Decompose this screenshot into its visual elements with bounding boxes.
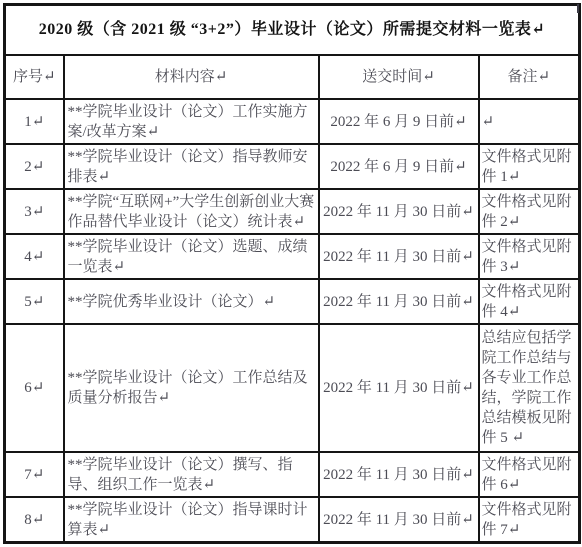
remark-cell: 文件格式见附件 7↵ <box>479 497 580 543</box>
content-cell: **学院毕业设计（论文）指导课时计算表↵ <box>64 497 319 543</box>
header-no: 序号↵ <box>5 55 64 99</box>
table-row: 1↵ **学院毕业设计（论文）工作实施方案/改革方案↵ 2022 年 6 月 9… <box>5 99 580 144</box>
row-number-cell: 5↵ <box>5 279 64 324</box>
remark-cell: 文件格式见附件 2↵ <box>479 189 580 234</box>
remark-cell: ↵ <box>479 99 580 144</box>
content-cell: **学院“互联网+”大学生创新创业大赛作品替代毕业设计（论文）统计表↵ <box>64 189 319 234</box>
content-cell: **学院毕业设计（论文）指导教师安排表↵ <box>64 144 319 189</box>
time-cell: 2022 年 11 月 30 日前↵ <box>319 324 479 452</box>
remark-cell: 文件格式见附件 3↵ <box>479 234 580 279</box>
header-remark: 备注↵ <box>479 55 580 99</box>
row-number-cell: 1↵ <box>5 99 64 144</box>
remark-cell: 总结应包括学院工作总结与各专业工作总结，学院工作总结模板见附件 5 ↵ <box>479 324 580 452</box>
table-row: 4↵ **学院毕业设计（论文）选题、成绩一览表↵ 2022 年 11 月 30 … <box>5 234 580 279</box>
time-cell: 2022 年 11 月 30 日前↵ <box>319 189 479 234</box>
title-row: 2020 级（含 2021 级 “3+2”）毕业设计（论文）所需提交材料一览表↵ <box>5 5 580 56</box>
table-row: 5↵ **学院优秀毕业设计（论文）↵ 2022 年 11 月 30 日前↵ 文件… <box>5 279 580 324</box>
time-cell: 2022 年 6 月 9 日前↵ <box>319 99 479 144</box>
table-row: 2↵ **学院毕业设计（论文）指导教师安排表↵ 2022 年 6 月 9 日前↵… <box>5 144 580 189</box>
time-cell: 2022 年 11 月 30 日前↵ <box>319 497 479 543</box>
row-number-cell: 8↵ <box>5 497 64 543</box>
scan-artifact-mark <box>577 4 579 13</box>
table-row: 3↵ **学院“互联网+”大学生创新创业大赛作品替代毕业设计（论文）统计表↵ 2… <box>5 189 580 234</box>
content-cell: **学院毕业设计（论文）选题、成绩一览表↵ <box>64 234 319 279</box>
table-title: 2020 级（含 2021 级 “3+2”）毕业设计（论文）所需提交材料一览表↵ <box>5 5 580 56</box>
row-number-cell: 6↵ <box>5 324 64 452</box>
materials-table: 2020 级（含 2021 级 “3+2”）毕业设计（论文）所需提交材料一览表↵… <box>3 3 581 544</box>
header-time: 送交时间↵ <box>319 55 479 99</box>
row-number-cell: 2↵ <box>5 144 64 189</box>
row-number-cell: 3↵ <box>5 189 64 234</box>
header-row: 序号↵ 材料内容↵ 送交时间↵ 备注↵ <box>5 55 580 99</box>
content-cell: **学院毕业设计（论文）工作实施方案/改革方案↵ <box>64 99 319 144</box>
time-cell: 2022 年 6 月 9 日前↵ <box>319 144 479 189</box>
time-cell: 2022 年 11 月 30 日前↵ <box>319 452 479 497</box>
content-cell: **学院优秀毕业设计（论文）↵ <box>64 279 319 324</box>
table-row: 6↵ **学院毕业设计（论文）工作总结及质量分析报告↵ 2022 年 11 月 … <box>5 324 580 452</box>
content-cell: **学院毕业设计（论文）工作总结及质量分析报告↵ <box>64 324 319 452</box>
remark-cell: 文件格式见附件 1↵ <box>479 144 580 189</box>
row-number-cell: 7↵ <box>5 452 64 497</box>
header-content: 材料内容↵ <box>64 55 319 99</box>
table-row: 8↵ **学院毕业设计（论文）指导课时计算表↵ 2022 年 11 月 30 日… <box>5 497 580 543</box>
row-number-cell: 4↵ <box>5 234 64 279</box>
remark-cell: 文件格式见附件 4↵ <box>479 279 580 324</box>
content-cell: **学院毕业设计（论文）撰写、指导、组织工作一览表↵ <box>64 452 319 497</box>
remark-cell: 文件格式见附件 6↵ <box>479 452 580 497</box>
time-cell: 2022 年 11 月 30 日前↵ <box>319 234 479 279</box>
time-cell: 2022 年 11 月 30 日前↵ <box>319 279 479 324</box>
table-row: 7↵ **学院毕业设计（论文）撰写、指导、组织工作一览表↵ 2022 年 11 … <box>5 452 580 497</box>
